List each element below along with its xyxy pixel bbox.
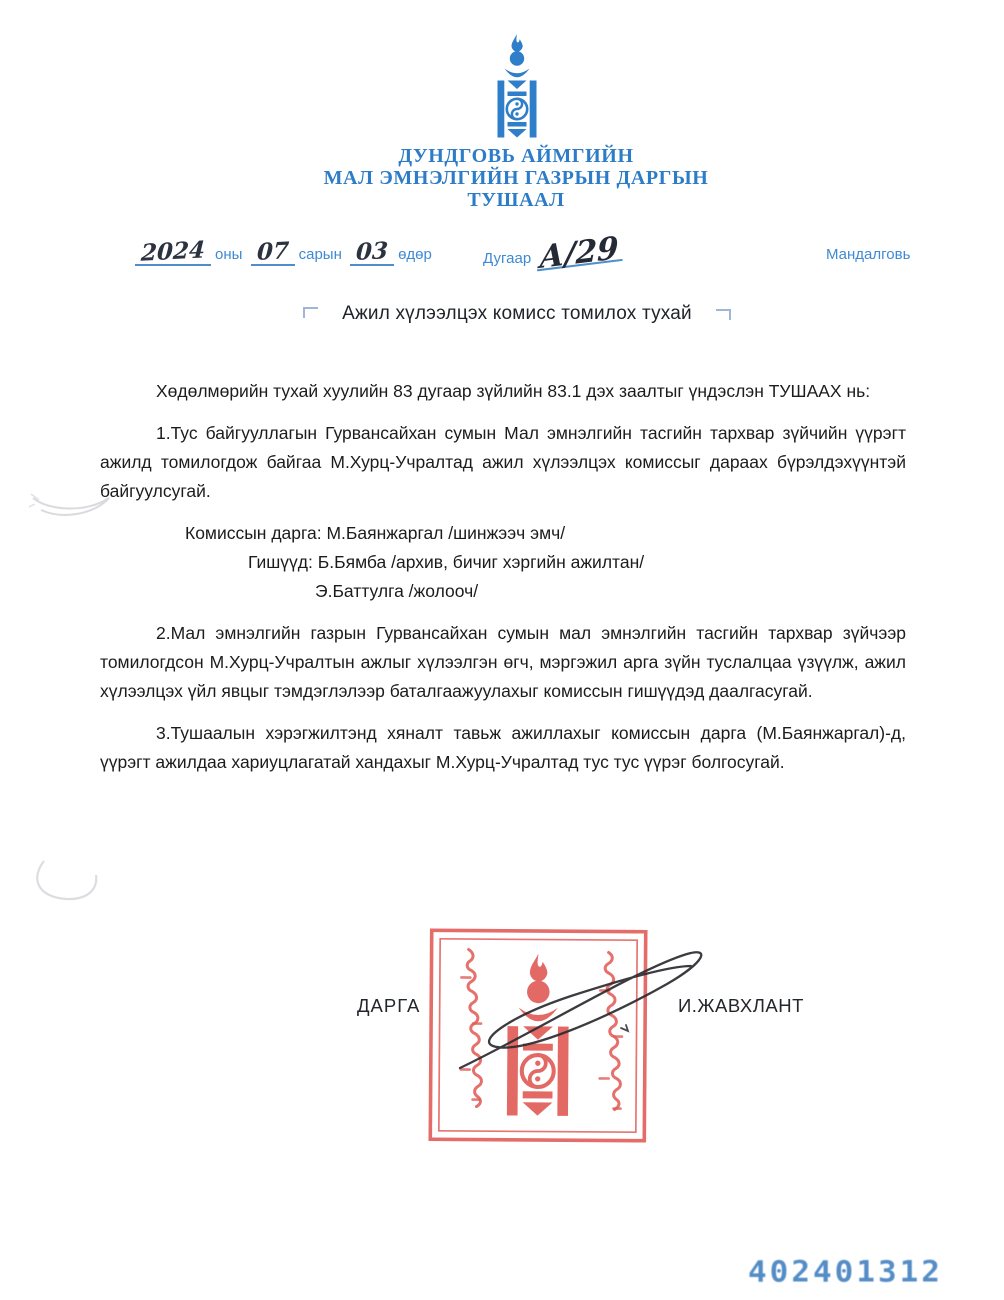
title-row: Ажил хүлээлцэх комисс томилох тухай [303, 303, 731, 325]
place-label: Мандалговь [826, 246, 910, 263]
document-body: Хөдөлмөрийн тухай хуулийн 83 дугаар зүйл… [100, 377, 906, 790]
day-blank: 03 [350, 244, 394, 266]
scan-smudge-mark-bottom [22, 853, 132, 913]
commission-chair-name: М.Баянжаргал /шинжээч эмч/ [326, 523, 565, 543]
number-label: Дугаар [483, 250, 531, 267]
year-label: оны [215, 246, 242, 263]
header-line-2: МАЛ ЭМНЭЛГИЙН ГАЗРЫН ДАРГЫН [116, 168, 916, 189]
month-blank: 07 [251, 244, 295, 266]
commission-members-label: Гишүүд: [248, 552, 313, 572]
header-line-3: ТУШААЛ [116, 190, 916, 211]
day-label: өдөр [398, 246, 432, 263]
scan-smudge-mark-top [25, 470, 135, 525]
number-handwritten: А/29 [537, 239, 622, 272]
month-handwritten: 07 [256, 243, 289, 261]
document-header: ДУНДГОВЬ АЙМГИЙН МАЛ ЭМНЭЛГИЙН ГАЗРЫН ДА… [116, 146, 916, 212]
item-2-paragraph: 2.Мал эмнэлгийн газрын Гурвансайхан сумы… [100, 619, 906, 706]
corner-bracket-right-icon [716, 309, 731, 320]
commission-member-1: Б.Бямба /архив, бичиг хэргийн ажилтан/ [318, 552, 644, 572]
year-blank: 2024 [135, 244, 211, 266]
date-row: 2024оны 07сарын 03өдөр ДугаарА/29 Мандал… [0, 238, 1004, 278]
day-handwritten: 03 [356, 243, 389, 261]
document-page: ДУНДГОВЬ АЙМГИЙН МАЛ ЭМНЭЛГИЙН ГАЗРЫН ДА… [0, 0, 1004, 1300]
commission-list: Комиссын дарга: М.Баянжаргал /шинжээч эм… [100, 519, 906, 606]
year-handwritten: 2024 [141, 242, 206, 261]
item-3-paragraph: 3.Тушаалын хэрэгжилтэнд хяналт тавьж ажи… [100, 719, 906, 777]
document-number-field: ДугаарА/29 [483, 244, 623, 267]
commission-members-line: Гишүүд: Б.Бямба /архив, бичиг хэргийн аж… [100, 548, 906, 577]
commission-chair-line: Комиссын дарга: М.Баянжаргал /шинжээч эм… [100, 519, 906, 548]
signer-position-label: ДАРГА [357, 995, 420, 1017]
date-fields: 2024оны 07сарын 03өдөр [131, 244, 432, 266]
preamble-paragraph: Хөдөлмөрийн тухай хуулийн 83 дугаар зүйл… [100, 377, 906, 406]
director-signature [425, 920, 725, 1085]
serial-number-stamp: 402401312 [748, 1255, 943, 1289]
corner-bracket-left-icon [303, 307, 318, 318]
item-1-paragraph: 1.Тус байгууллагын Гурвансайхан сумын Ма… [100, 419, 906, 506]
commission-member-2: Э.Баттулга /жолооч/ [100, 577, 906, 606]
month-label: сарын [299, 246, 342, 263]
header-line-1: ДУНДГОВЬ АЙМГИЙН [116, 146, 916, 167]
document-title: Ажил хүлээлцэх комисс томилох тухай [342, 303, 692, 325]
commission-chair-label: Комиссын дарга: [185, 523, 322, 543]
soyombo-icon [487, 33, 547, 139]
